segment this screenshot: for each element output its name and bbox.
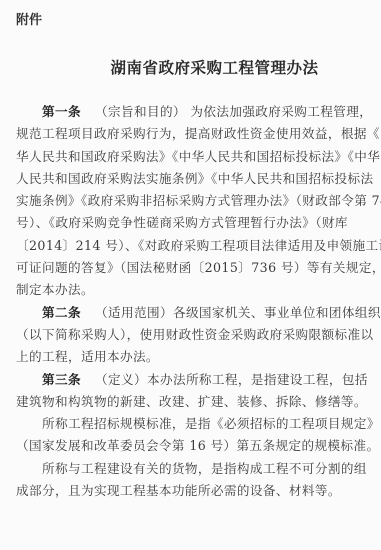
paragraph-text: 所称工程招标规模标准，是指《必须招标的工程项目规定》: [16, 413, 368, 435]
article-text: 号）、《政府采购竞争性磋商采购方式管理暂行办法》（财库: [16, 212, 368, 234]
article-3-first-line: 第三条（定义）本办法所称工程，是指建设工程，包括: [16, 369, 368, 391]
article-text: 制定本办法。: [16, 279, 368, 301]
article-text: （宗旨和目的） 为依法加强政府采购工程管理，: [95, 104, 372, 119]
article-3-heading: 第三条: [42, 372, 81, 387]
article-text: （以下简称采购人），使用财政性资金采购政府采购限额标准以: [16, 324, 368, 346]
paragraph-text: 所称与工程建设有关的货物，是指构成工程不可分割的组: [16, 458, 368, 480]
attachment-label: 附件: [16, 9, 42, 28]
article-text: 人民共和国政府采购法实施条例》《中华人民共和国招标投标法: [16, 168, 368, 190]
article-text: 规范工程项目政府采购行为，提高财政性资金使用效益，根据《中: [16, 123, 368, 145]
article-text: （适用范围）各级国家机关、事业单位和团体组织: [95, 305, 381, 320]
document-title: 湖南省政府采购工程管理办法: [0, 56, 381, 78]
article-text: 华人民共和国政府采购法》《中华人民共和国招标投标法》《中华: [16, 146, 368, 168]
article-1-heading: 第一条: [42, 104, 81, 119]
article-2-heading: 第二条: [42, 305, 81, 320]
article-text: （定义）本办法所称工程，是指建设工程，包括: [95, 372, 368, 387]
article-text: 上的工程，适用本办法。: [16, 346, 368, 368]
article-text: 建筑物和构筑物的新建、改建、扩建、装修、拆除、修缮等。: [16, 391, 368, 413]
article-text: 可证问题的答复》（国法秘财函〔2015〕736 号）等有关规定，: [16, 257, 368, 279]
document-body: 第一条（宗旨和目的） 为依法加强政府采购工程管理， 规范工程项目政府采购行为，提…: [16, 101, 368, 502]
article-1-first-line: 第一条（宗旨和目的） 为依法加强政府采购工程管理，: [16, 101, 368, 123]
article-text: 实施条例》《政府采购非招标采购方式管理办法》（财政部令第 74: [16, 190, 368, 212]
article-text: 〔2014〕214 号）、《对政府采购工程项目法律适用及申领施工许: [16, 235, 368, 257]
paragraph-text: 成部分，且为实现工程基本功能所必需的设备、材料等。: [16, 480, 368, 502]
paragraph-text: （国家发展和改革委员会令第 16 号）第五条规定的规模标准。: [16, 435, 368, 457]
article-2-first-line: 第二条（适用范围）各级国家机关、事业单位和团体组织: [16, 302, 368, 324]
